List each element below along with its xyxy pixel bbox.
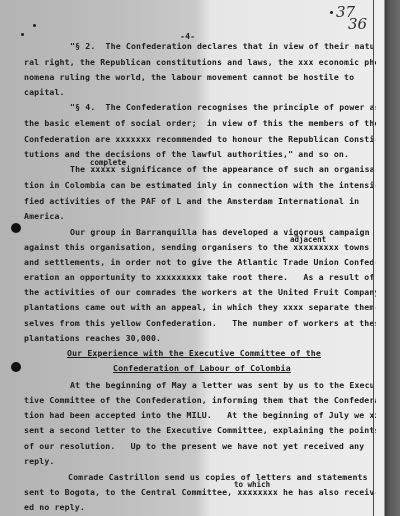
text-line: sent to Bogota, to the Central Committee…	[24, 487, 380, 497]
text-line: tion had been accepted into the MILU. At…	[24, 410, 385, 420]
text-line: The xxxxx significance of the appearance…	[70, 164, 380, 174]
text-line: the basic element of social order; in vi…	[24, 118, 380, 128]
text-line: sent a second letter to the Executive Co…	[24, 425, 380, 435]
text-line: selves from this yellow Confederation. T…	[24, 318, 385, 328]
text-line: "§ 4. The Confederation recognises the p…	[70, 102, 380, 112]
page-number: -4-	[180, 31, 195, 41]
section-heading: Our Experience with the Executive Commit…	[67, 348, 321, 358]
text-line: of our resolution. Up to the present we …	[24, 441, 364, 451]
text-line: ed no reply.	[24, 502, 85, 512]
text-line: the activities of our comrades the worke…	[24, 287, 380, 297]
document-page: 37 36 -4- "§ 2. The Confederation declar…	[0, 0, 376, 516]
scan-border	[376, 0, 400, 516]
text-line: tion in Colombia can be estimated inly i…	[24, 180, 380, 190]
text-line: America.	[24, 211, 65, 221]
text-line: plantations reaches 30,000.	[24, 333, 161, 343]
text-line: tutions and the decisions of the lawful …	[24, 149, 349, 159]
ink-speck	[330, 11, 333, 14]
ink-speck	[33, 24, 36, 27]
text-line: fied activities of the PAF of L and the …	[24, 196, 359, 206]
text-line: Comrade Castrillon send us copies of let…	[68, 472, 368, 482]
text-line: capital.	[24, 87, 65, 97]
text-line: reply.	[24, 456, 54, 466]
section-heading: Confederation of Labour of Colombia	[113, 363, 291, 373]
text-line: nomena ruling the world, the labour move…	[24, 72, 354, 82]
text-line: At the beginning of May a letter was sen…	[70, 380, 380, 390]
text-line: tive Committee of the Confederation, inf…	[24, 395, 385, 405]
page-edge	[373, 0, 374, 516]
ink-speck	[21, 33, 24, 36]
text-line: "§ 2. The Confederation declares that in…	[70, 41, 380, 51]
text-line: against this organisation, sending organ…	[24, 242, 369, 252]
text-line: plantations came out with an appeal, in …	[24, 302, 380, 312]
punch-hole	[11, 362, 21, 372]
text-line: Confederation are xxxxxxx recommended to…	[24, 134, 380, 144]
text-line: eration an opportunity to xxxxxxxxx take…	[24, 272, 374, 282]
text-line: ral right, the Republican constitutions …	[24, 57, 385, 67]
punch-hole	[11, 223, 21, 233]
handwritten-folio-number: 37 36	[336, 6, 367, 30]
text-line: and settlements, in order not to give th…	[24, 257, 380, 267]
